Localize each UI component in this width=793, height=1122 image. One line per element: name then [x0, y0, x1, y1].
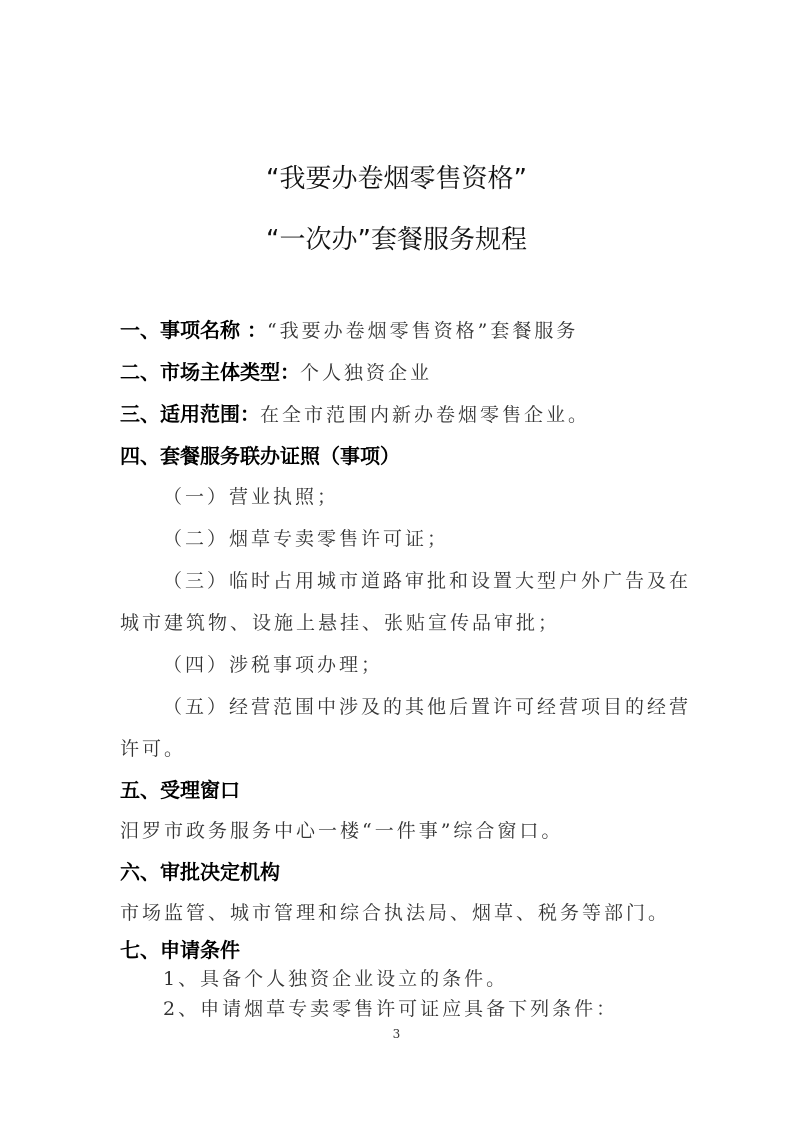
section-1-heading: 一、事项名称 ：: [120, 318, 267, 342]
section-3: 三、适用范围：在全市范围内新办卷烟零售企业。: [120, 398, 590, 427]
item-4: （四）涉税事项办理；: [163, 650, 383, 677]
section-4: 四、套餐服务联办证照（事项）: [120, 440, 400, 469]
item-3: （三）临时占用城市道路审批和设置大型户外广告及在: [163, 566, 691, 593]
section-7-heading: 七、申请条件: [120, 934, 240, 963]
condition-2: 2、申请烟草专卖零售许可证应具备下列条件：: [163, 994, 618, 1021]
title-line-1: “我要办卷烟零售资格”: [0, 158, 793, 195]
item-2: （二）烟草专卖零售许可证；: [163, 524, 449, 551]
section-2: 二、市场主体类型：个人独资企业: [120, 356, 432, 385]
section-5-text: 汨罗市政务服务中心一楼“一件事”综合窗口。: [120, 816, 563, 843]
item-1: （一）营业执照；: [163, 482, 339, 509]
item-3-cont: 城市建筑物、设施上悬挂、张贴宣传品审批；: [120, 608, 560, 635]
section-5-heading: 五、受理窗口: [120, 774, 240, 803]
section-2-heading: 二、市场主体类型：: [120, 360, 300, 384]
section-1: 一、事项名称 ：“我要办卷烟零售资格”套餐服务: [120, 314, 578, 343]
section-3-heading: 三、适用范围：: [120, 402, 260, 426]
section-4-heading: 四、套餐服务联办证照（事项）: [120, 444, 400, 468]
title-line-2: “一次办”套餐服务规程: [0, 219, 793, 256]
page-number: 3: [0, 1027, 793, 1041]
condition-1: 1、具备个人独资企业设立的条件。: [163, 964, 508, 991]
section-2-text: 个人独资企业: [300, 362, 432, 384]
item-5: （五）经营范围中涉及的其他后置许可经营项目的经营: [163, 692, 691, 719]
section-3-text: 在全市范围内新办卷烟零售企业。: [260, 404, 590, 426]
section-1-text: “我要办卷烟零售资格”套餐服务: [267, 320, 578, 342]
section-6-heading: 六、审批决定机构: [120, 856, 280, 885]
section-6-text: 市场监管、城市管理和综合执法局、烟草、税务等部门。: [120, 898, 670, 925]
item-5-cont: 许可。: [120, 734, 186, 761]
